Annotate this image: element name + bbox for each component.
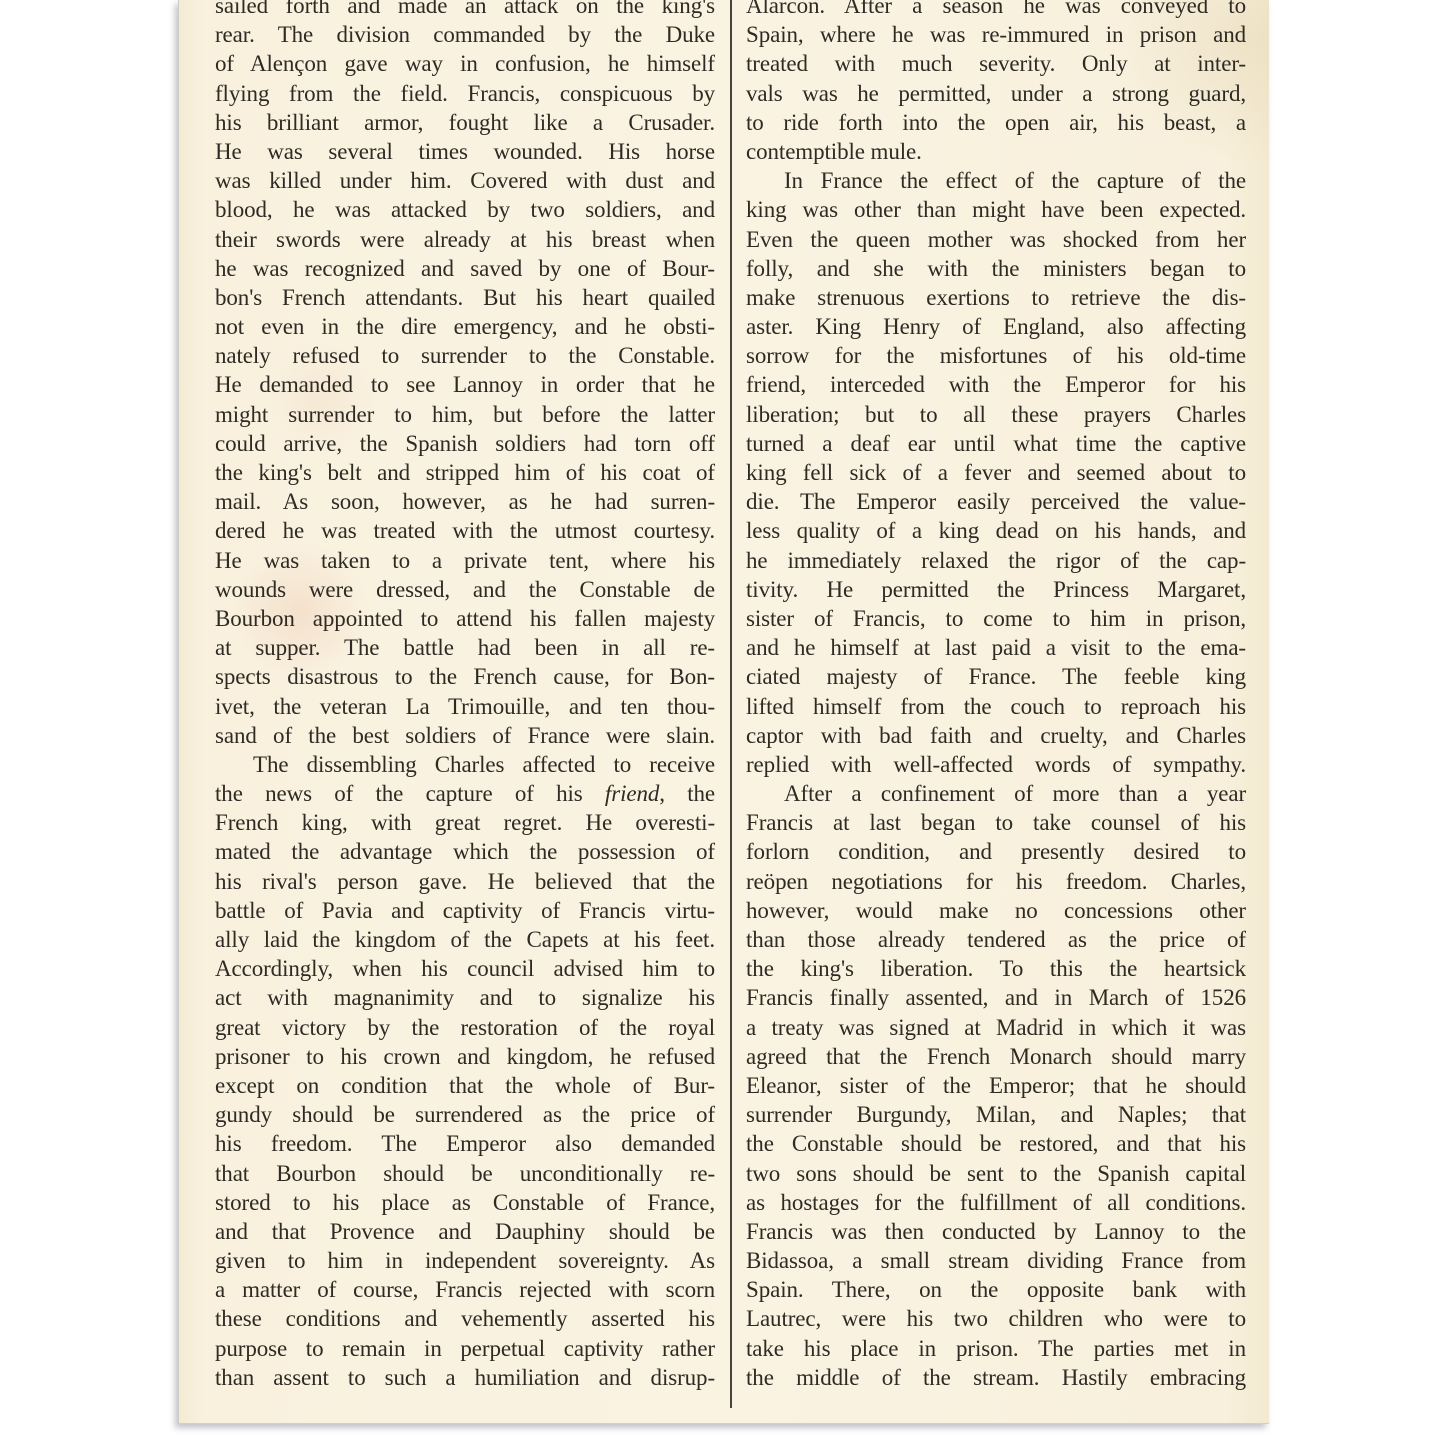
text-line: spects disastrous to the French cause, f… bbox=[215, 662, 715, 691]
text-line: Lautrec, were his two children who were … bbox=[746, 1304, 1246, 1333]
text-line: might surrender to him, but before the l… bbox=[215, 400, 715, 429]
text-line: battle of Pavia and captivity of Francis… bbox=[215, 896, 715, 925]
text-line: two sons should be sent to the Spanish c… bbox=[746, 1159, 1246, 1188]
text-line: stored to his place as Constable of Fran… bbox=[215, 1188, 715, 1217]
text-line: he immediately relaxed the rigor of the … bbox=[746, 546, 1246, 575]
text-line: a matter of course, Francis rejected wit… bbox=[215, 1275, 715, 1304]
text-line: bon's French attendants. But his heart q… bbox=[215, 283, 715, 312]
text-line: He was taken to a private tent, where hi… bbox=[215, 546, 715, 575]
text-line: however, would make no concessions other bbox=[746, 896, 1246, 925]
text-line: the news of the capture of his friend, t… bbox=[215, 779, 715, 808]
text-line: except on condition that the whole of Bu… bbox=[215, 1071, 715, 1100]
text-line: Accordingly, when his council advised hi… bbox=[215, 954, 715, 983]
text-line: blood, he was attacked by two soldiers, … bbox=[215, 195, 715, 224]
text-column-left: sailed forth and made an attack on the k… bbox=[215, 0, 715, 1412]
text-line: his rival's person gave. He believed tha… bbox=[215, 867, 715, 896]
text-line: rear. The division commanded by the Duke bbox=[215, 20, 715, 49]
scanned-page: sailed forth and made an attack on the k… bbox=[178, 0, 1269, 1424]
text-column-left-content: sailed forth and made an attack on the k… bbox=[215, 0, 715, 1392]
text-line: He demanded to see Lannoy in order that … bbox=[215, 370, 715, 399]
text-line: ciated majesty of France. The feeble kin… bbox=[746, 662, 1246, 691]
text-line: folly, and she with the ministers began … bbox=[746, 254, 1246, 283]
paragraph: In France the effect of the capture of t… bbox=[746, 166, 1246, 779]
text-line: sand of the best soldiers of France were… bbox=[215, 721, 715, 750]
paragraph: sailed forth and made an attack on the k… bbox=[215, 0, 715, 750]
text-line: Alarcon. After a season he was conveyed … bbox=[746, 0, 1246, 20]
text-line: the middle of the stream. Hastily embrac… bbox=[746, 1363, 1246, 1392]
text-line: prisoner to his crown and kingdom, he re… bbox=[215, 1042, 715, 1071]
text-line: Spain, where he was re-immured in prison… bbox=[746, 20, 1246, 49]
paragraph: Alarcon. After a season he was conveyed … bbox=[746, 0, 1246, 166]
text-line: liberation; but to all these prayers Cha… bbox=[746, 400, 1246, 429]
text-line: that Bourbon should be unconditionally r… bbox=[215, 1159, 715, 1188]
text-line: Bidassoa, a small stream dividing France… bbox=[746, 1246, 1246, 1275]
text-line: his brilliant armor, fought like a Crusa… bbox=[215, 108, 715, 137]
text-line: replied with well-affected words of symp… bbox=[746, 750, 1246, 779]
text-line: contemptible mule. bbox=[746, 137, 1246, 166]
text-line: captor with bad faith and cruelty, and C… bbox=[746, 721, 1246, 750]
text-line: After a confinement of more than a year bbox=[746, 779, 1246, 808]
paragraph: After a confinement of more than a yearF… bbox=[746, 779, 1246, 1392]
text-line: of Alençon gave way in confusion, he him… bbox=[215, 49, 715, 78]
text-line: make strenuous exertions to retrieve the… bbox=[746, 283, 1246, 312]
text-line: turned a deaf ear until what time the ca… bbox=[746, 429, 1246, 458]
text-line: agreed that the French Monarch should ma… bbox=[746, 1042, 1246, 1071]
text-line: sorrow for the misfortunes of his old-ti… bbox=[746, 341, 1246, 370]
text-line: his freedom. The Emperor also demanded bbox=[215, 1129, 715, 1158]
text-line: gundy should be surrendered as the price… bbox=[215, 1100, 715, 1129]
text-line: ally laid the kingdom of the Capets at h… bbox=[215, 925, 715, 954]
text-line: purpose to remain in perpetual captivity… bbox=[215, 1334, 715, 1363]
text-line: great victory by the restoration of the … bbox=[215, 1013, 715, 1042]
text-line: the king's liberation. To this the heart… bbox=[746, 954, 1246, 983]
text-line: Francis finally assented, and in March o… bbox=[746, 983, 1246, 1012]
text-line: was killed under him. Covered with dust … bbox=[215, 166, 715, 195]
text-line: could arrive, the Spanish soldiers had t… bbox=[215, 429, 715, 458]
text-line: and he himself at last paid a visit to t… bbox=[746, 633, 1246, 662]
text-line: surrender Burgundy, Milan, and Naples; t… bbox=[746, 1100, 1246, 1129]
text-line: he was recognized and saved by one of Bo… bbox=[215, 254, 715, 283]
text-line: friend, interceded with the Emperor for … bbox=[746, 370, 1246, 399]
text-line: treated with much severity. Only at inte… bbox=[746, 49, 1246, 78]
text-line: act with magnanimity and to signalize hi… bbox=[215, 983, 715, 1012]
text-line: mated the advantage which the possession… bbox=[215, 837, 715, 866]
text-line: Bourbon appointed to attend his fallen m… bbox=[215, 604, 715, 633]
text-line: ivet, the veteran La Trimouille, and ten… bbox=[215, 692, 715, 721]
text-line: take his place in prison. The parties me… bbox=[746, 1334, 1246, 1363]
text-line: die. The Emperor easily perceived the va… bbox=[746, 487, 1246, 516]
text-line: as hostages for the fulfillment of all c… bbox=[746, 1188, 1246, 1217]
text-line: to ride forth into the open air, his bea… bbox=[746, 108, 1246, 137]
text-line: dered he was treated with the utmost cou… bbox=[215, 516, 715, 545]
text-line: Francis was then conducted by Lannoy to … bbox=[746, 1217, 1246, 1246]
text-line: forlorn condition, and presently desired… bbox=[746, 837, 1246, 866]
text-line: The dissembling Charles affected to rece… bbox=[215, 750, 715, 779]
text-line: their swords were already at his breast … bbox=[215, 225, 715, 254]
text-line: nately refused to surrender to the Const… bbox=[215, 341, 715, 370]
text-line: Francis at last began to take counsel of… bbox=[746, 808, 1246, 837]
text-line: vals was he permitted, under a strong gu… bbox=[746, 79, 1246, 108]
paragraph: The dissembling Charles affected to rece… bbox=[215, 750, 715, 1392]
text-line: Eleanor, sister of the Emperor; that he … bbox=[746, 1071, 1246, 1100]
text-column-right-content: Alarcon. After a season he was conveyed … bbox=[746, 0, 1246, 1392]
text-line: flying from the field. Francis, conspicu… bbox=[215, 79, 715, 108]
column-divider-rule bbox=[730, 0, 732, 1408]
text-line: In France the effect of the capture of t… bbox=[746, 166, 1246, 195]
text-line: wounds were dressed, and the Constable d… bbox=[215, 575, 715, 604]
text-line: and that Provence and Dauphiny should be bbox=[215, 1217, 715, 1246]
text-line: king fell sick of a fever and seemed abo… bbox=[746, 458, 1246, 487]
text-line: French king, with great regret. He overe… bbox=[215, 808, 715, 837]
text-line: mail. As soon, however, as he had surren… bbox=[215, 487, 715, 516]
text-line: He was several times wounded. His horse bbox=[215, 137, 715, 166]
text-line: tivity. He permitted the Princess Margar… bbox=[746, 575, 1246, 604]
text-line: than those already tendered as the price… bbox=[746, 925, 1246, 954]
text-line: Spain. There, on the opposite bank with bbox=[746, 1275, 1246, 1304]
text-line: less quality of a king dead on his hands… bbox=[746, 516, 1246, 545]
text-line: sailed forth and made an attack on the k… bbox=[215, 0, 715, 20]
text-line: king was other than might have been expe… bbox=[746, 195, 1246, 224]
text-line: aster. King Henry of England, also affec… bbox=[746, 312, 1246, 341]
text-line: the king's belt and stripped him of his … bbox=[215, 458, 715, 487]
text-line: a treaty was signed at Madrid in which i… bbox=[746, 1013, 1246, 1042]
text-line: than assent to such a humiliation and di… bbox=[215, 1363, 715, 1392]
text-line: sister of Francis, to come to him in pri… bbox=[746, 604, 1246, 633]
text-line: lifted himself from the couch to reproac… bbox=[746, 692, 1246, 721]
text-line: these conditions and vehemently asserted… bbox=[215, 1304, 715, 1333]
text-line: reöpen negotiations for his freedom. Cha… bbox=[746, 867, 1246, 896]
text-line: not even in the dire emergency, and he o… bbox=[215, 312, 715, 341]
text-line: at supper. The battle had been in all re… bbox=[215, 633, 715, 662]
text-line: the Constable should be restored, and th… bbox=[746, 1129, 1246, 1158]
text-column-right: Alarcon. After a season he was conveyed … bbox=[746, 0, 1246, 1412]
text-line: given to him in independent sovereignty.… bbox=[215, 1246, 715, 1275]
text-line: Even the queen mother was shocked from h… bbox=[746, 225, 1246, 254]
